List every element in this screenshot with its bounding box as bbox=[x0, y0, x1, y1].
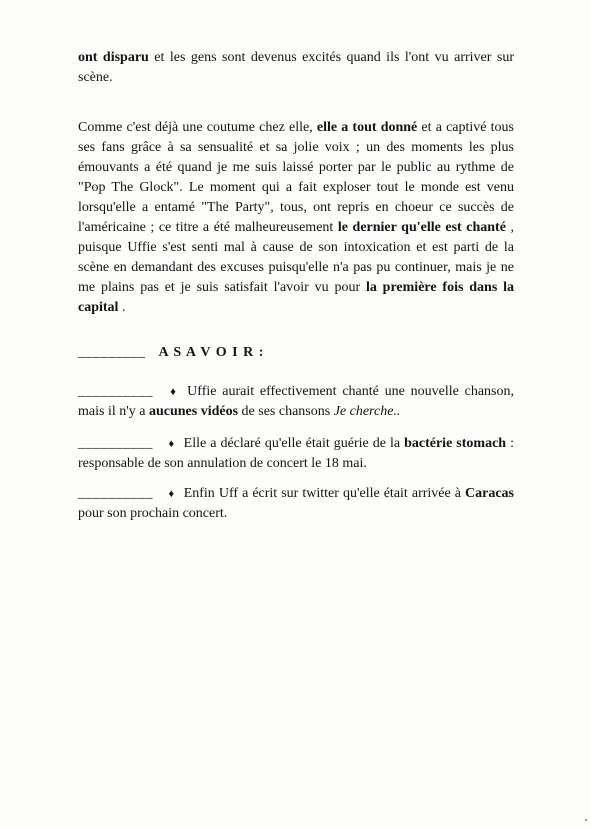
text-run: et a captivé tous ses fans grâce à sa se… bbox=[78, 120, 514, 235]
blank-underline: __________ bbox=[78, 486, 153, 501]
text-run-italic: Je cherche.. bbox=[334, 404, 401, 419]
text-run: Comme c'est déjà une coutume chez elle, bbox=[78, 120, 317, 135]
paragraph-concert: Comme c'est déjà une coutume chez elle, … bbox=[78, 118, 514, 318]
text-run: de ses chansons bbox=[238, 404, 334, 419]
text-run-bold: le dernier qu'elle est chanté bbox=[338, 220, 506, 235]
heading-label: A S A V O I R : bbox=[159, 345, 265, 360]
diamond-bullet-icon: ♦ bbox=[168, 386, 178, 398]
heading-a-savoir: _________A S A V O I R : bbox=[78, 343, 514, 363]
text-run: pour son prochain concert. bbox=[78, 506, 227, 521]
note-item: __________♦Uffie aurait effectivement ch… bbox=[78, 382, 514, 422]
note-item: __________♦Enfin Uff a écrit sur twitter… bbox=[78, 484, 514, 524]
text-run-bold: Caracas bbox=[465, 486, 514, 501]
blank-underline: _________ bbox=[78, 345, 146, 360]
stray-speck bbox=[585, 819, 587, 821]
text-run-bold: bactérie stomach bbox=[404, 436, 506, 451]
diamond-bullet-icon: ♦ bbox=[168, 438, 175, 450]
text-run-bold: aucunes vidéos bbox=[149, 404, 238, 419]
note-item: __________♦Elle a déclaré qu'elle était … bbox=[78, 434, 514, 474]
paragraph-intro: ont disparu et les gens sont devenus exc… bbox=[78, 48, 514, 88]
document-page: ont disparu et les gens sont devenus exc… bbox=[0, 0, 591, 827]
text-run: Enfin Uff a écrit sur twitter qu'elle ét… bbox=[184, 486, 465, 501]
text-run: . bbox=[118, 300, 125, 315]
text-run: Elle a déclaré qu'elle était guérie de l… bbox=[184, 436, 404, 451]
text-run-bold: elle a tout donné bbox=[317, 120, 417, 135]
text-run-bold: ont disparu bbox=[78, 50, 149, 65]
blank-underline: __________ bbox=[78, 436, 153, 451]
diamond-bullet-icon: ♦ bbox=[168, 488, 175, 500]
blank-underline: __________ bbox=[78, 384, 153, 399]
